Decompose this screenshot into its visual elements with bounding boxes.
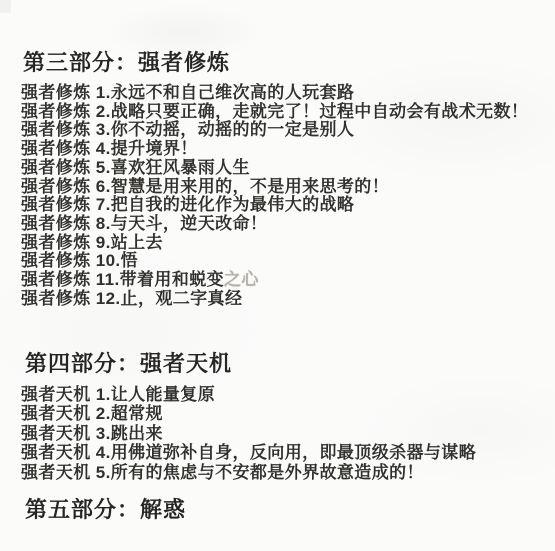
scan-corner-smudge bbox=[0, 0, 11, 13]
line-text: 强者修炼 8.与天斗，逆天改命！ bbox=[21, 214, 267, 233]
line-text: 强者天机 5.所有的焦虑与不安都是外界故意造成的！ bbox=[21, 463, 424, 482]
line-text: 强者修炼 1.永远不和自己维次高的人玩套路 bbox=[21, 83, 354, 102]
line-text: 强者天机 2.超常规 bbox=[21, 404, 163, 423]
list-line: 强者修炼 4.提升境界！ bbox=[21, 140, 528, 159]
line-text: 强者修炼 7.把自我的进化作为最伟大的战略 bbox=[21, 195, 354, 214]
line-text: 强者修炼 11.带着用和蜕变 bbox=[21, 270, 224, 289]
line-text: 强者修炼 4.提升境界！ bbox=[21, 139, 198, 158]
line-text: 强者修炼 5.喜欢狂风暴雨人生 bbox=[21, 158, 250, 177]
line-text: 强者天机 4.用佛道弥补自身，反向用，即最顶级杀器与谋略 bbox=[21, 443, 476, 462]
line-text: 强者修炼 3.你不动摇，动摇的的一定是别人 bbox=[21, 120, 354, 139]
list-line: 强者修炼 10.悟 bbox=[21, 252, 528, 271]
section-part4-list: 强者天机 1.让人能量复原 强者天机 2.超常规 强者天机 3.跳出来 强者天机… bbox=[21, 385, 476, 482]
list-line: 强者天机 4.用佛道弥补自身，反向用，即最顶级杀器与谋略 bbox=[21, 443, 476, 462]
list-line: 强者修炼 2.战略只要正确，走就完了！过程中自动会有战术无数！ bbox=[21, 103, 528, 122]
list-line: 强者修炼 5.喜欢狂风暴雨人生 bbox=[21, 159, 528, 178]
list-line: 强者天机 1.让人能量复原 bbox=[21, 385, 476, 404]
document-page: 第三部分：强者修炼 强者修炼 1.永远不和自己维次高的人玩套路 强者修炼 2.战… bbox=[0, 0, 555, 551]
list-line: 强者修炼 7.把自我的进化作为最伟大的战略 bbox=[21, 196, 528, 215]
line-faint-text: 之心 bbox=[224, 270, 259, 289]
line-text: 强者修炼 10.悟 bbox=[21, 251, 138, 270]
section-heading-part4: 第四部分：强者天机 bbox=[25, 351, 232, 377]
section-heading-part5: 第五部分：解惑 bbox=[25, 497, 186, 523]
list-line: 强者修炼 8.与天斗，逆天改命！ bbox=[21, 215, 528, 234]
list-line: 强者修炼 11.带着用和蜕变之心 bbox=[21, 271, 528, 290]
line-text: 强者修炼 12.止，观二字真经 bbox=[21, 289, 242, 308]
line-text: 强者修炼 2.战略只要正确，走就完了！过程中自动会有战术无数！ bbox=[21, 102, 528, 121]
list-line: 强者天机 2.超常规 bbox=[21, 404, 476, 423]
list-line: 强者修炼 9.站上去 bbox=[21, 234, 528, 253]
list-line: 强者天机 3.跳出来 bbox=[21, 424, 476, 443]
list-line: 强者修炼 6.智慧是用来用的，不是用来思考的！ bbox=[21, 178, 528, 197]
list-line: 强者修炼 3.你不动摇，动摇的的一定是别人 bbox=[21, 121, 528, 140]
section-part3-list: 强者修炼 1.永远不和自己维次高的人玩套路 强者修炼 2.战略只要正确，走就完了… bbox=[21, 84, 528, 308]
section-heading-part3: 第三部分：强者修炼 bbox=[23, 50, 230, 76]
list-line: 强者修炼 12.止，观二字真经 bbox=[21, 290, 528, 309]
line-text: 强者天机 1.让人能量复原 bbox=[21, 385, 215, 404]
list-line: 强者修炼 1.永远不和自己维次高的人玩套路 bbox=[21, 84, 528, 103]
line-text: 强者天机 3.跳出来 bbox=[21, 424, 163, 443]
line-text: 强者修炼 6.智慧是用来用的，不是用来思考的！ bbox=[21, 177, 389, 196]
list-line: 强者天机 5.所有的焦虑与不安都是外界故意造成的！ bbox=[21, 463, 476, 482]
line-text: 强者修炼 9.站上去 bbox=[21, 233, 163, 252]
